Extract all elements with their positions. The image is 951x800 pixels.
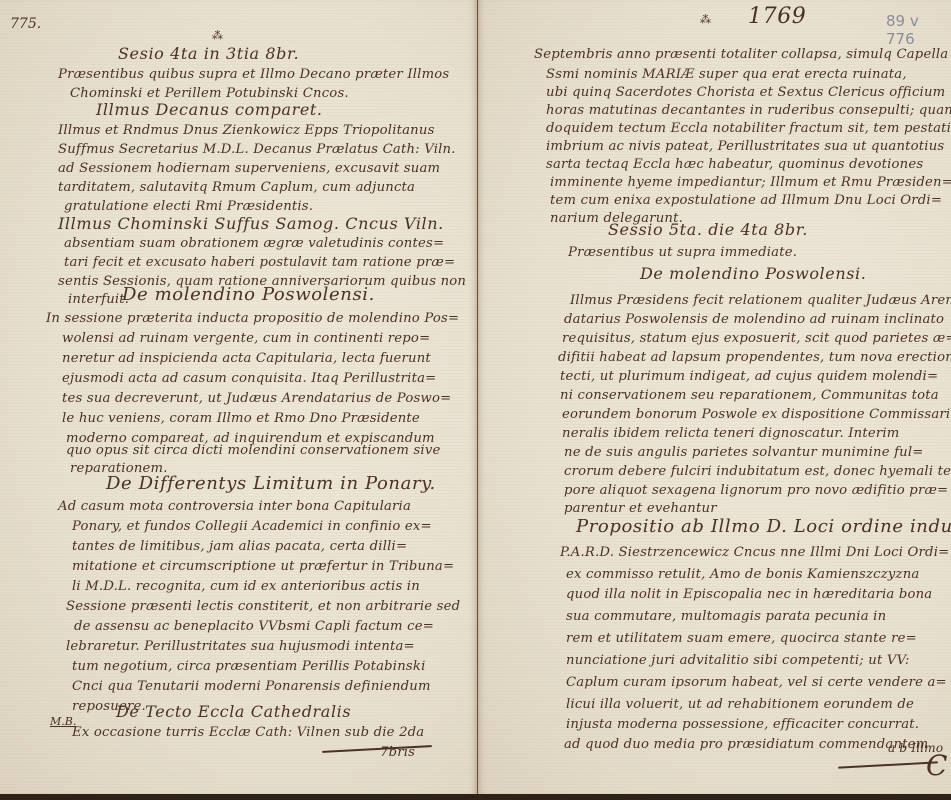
subheading-decanus: Illmus Decanus comparet. (96, 102, 323, 118)
text-line: In sessione præterita inducta propositio… (46, 312, 459, 325)
flourish-line (322, 745, 432, 753)
text-line: rem et utilitatem suam emere, quocirca s… (566, 632, 917, 645)
heading-limitum: De Differentys Limitum in Ponary. (106, 475, 436, 493)
text-line: Sessione præsenti lectis constiterit, et… (66, 600, 460, 613)
text-line: Ssmi nominis MARIÆ super qua erat erecta… (546, 68, 907, 81)
text-line: parentur et evehantur (564, 502, 717, 515)
text-line: neretur ad inspicienda acta Capitularia,… (62, 352, 431, 365)
session-heading: Sesio 4ta in 3tia 8br. (118, 46, 299, 62)
text-line: li M.D.L. recognita, cum id ex anteriori… (72, 580, 420, 593)
text-line: Septembris anno præsenti totaliter colla… (534, 48, 948, 61)
heading-propositio: Propositio ab Illmo D. Loci ordine induc… (576, 518, 951, 536)
corner-mark: C (926, 752, 948, 780)
right-page: ⁂ 1769 89 v 776 Septembris anno præsenti… (478, 0, 951, 794)
text-line: Cnci qua Tenutarii moderni Ponarensis de… (72, 680, 431, 693)
text-line: tarditatem, salutavitq Rmum Caplum, cum … (58, 181, 415, 194)
text-line: difitii habeat ad lapsum propendentes, t… (558, 351, 951, 364)
text-line: imminente hyeme impediantur; Illmum et R… (550, 176, 951, 189)
flourish-line (838, 761, 938, 768)
top-mark: ⁂ (700, 14, 711, 25)
text-line: ejusmodi acta ad casum conquisita. Itaq … (62, 372, 436, 385)
text-line: lebraretur. Perillustritates sua hujusmo… (66, 640, 415, 653)
text-line: Præsentibus quibus supra et Illmo Decano… (58, 68, 449, 81)
text-line: nunciatione juri advitalitio sibi compet… (566, 654, 910, 667)
text-line: tecti, ut plurimum indigeat, ad cujus qu… (560, 370, 938, 383)
text-line: licui illa voluerit, ut ad rehabitionem … (566, 698, 914, 711)
text-line: ex commisso retulit, Amo de bonis Kamien… (566, 568, 919, 581)
heading-tecto: De Tecto Eccla Cathedralis (116, 704, 351, 720)
text-line: Ponary, et fundos Collegii Academici in … (72, 520, 432, 533)
text-line: absentiam suam obrationem ægræ valetudin… (64, 237, 444, 250)
folio-number: 775. (10, 16, 41, 32)
text-line: P.A.R.D. Siestrzencewicz Cncus nne Illmi… (560, 546, 949, 559)
text-line: imbrium ac nivis pateat, Perillustritate… (546, 140, 944, 153)
book-edge (0, 794, 951, 800)
text-line: interfuit. (68, 293, 129, 306)
year-heading: 1769 (748, 6, 806, 28)
text-line: quod illa nolit in Episcopalia nec in hæ… (566, 588, 932, 601)
text-line: Illmus Præsidens fecit relationem qualit… (570, 294, 951, 307)
text-line: pore aliquot sexagena lignorum pro novo … (564, 484, 948, 497)
text-line: Chominski et Perillem Potubinski Cncos. (70, 87, 349, 100)
text-line: horas matutinas decantantes in ruderibus… (546, 104, 951, 117)
subheading-chominski: Illmus Chominski Suffus Samog. Cncus Vil… (58, 216, 444, 232)
text-line: doquidem tectum Eccla notabiliter fractu… (546, 122, 951, 135)
text-line: requisitus, statum ejus exposuerit, scit… (562, 332, 951, 345)
text-line: ubi quinq Sacerdotes Chorista et Sextus … (546, 86, 945, 99)
heading-molendino: De molendino Poswolensi. (640, 266, 866, 282)
present-line: Præsentibus ut supra immediate. (568, 246, 797, 259)
text-line: tantes de limitibus, jam alias pacata, c… (72, 540, 407, 553)
text-line: crorum debere fulciri indubitatum est, d… (564, 465, 951, 478)
text-line: sarta tectaq Eccla hæc habeatur, quominu… (546, 158, 923, 171)
manuscript-spread: 775. ⁂ Sesio 4ta in 3tia 8br. Præsentibu… (0, 0, 951, 794)
text-line: tari fecit et excusato haberi postulavit… (64, 256, 455, 269)
left-page: 775. ⁂ Sesio 4ta in 3tia 8br. Præsentibu… (0, 0, 478, 794)
text-line: de assensu ac beneplacito VVbsmi Capli f… (74, 620, 434, 633)
text-line: Ad casum mota controversia inter bona Ca… (58, 500, 411, 513)
text-line: datarius Poswolensis de molendino ad rui… (564, 313, 944, 326)
text-line: ne de suis angulis parietes solvantur mu… (564, 446, 924, 459)
text-line: neralis ibidem relicta teneri dignoscatu… (562, 427, 900, 440)
text-line: tes sua decreverunt, ut Judæus Arendatar… (62, 392, 451, 405)
text-line: tum negotium, circa præsentiam Perillis … (72, 660, 426, 673)
text-line: gratulatione electi Rmi Præsidentis. (64, 200, 313, 213)
text-line: le huc veniens, coram Illmo et Rmo Dno P… (62, 412, 420, 425)
pencil-folio: 89 v 776 (886, 12, 951, 48)
text-line: Ex occasione turris Ecclæ Cath: Vilnen s… (72, 726, 424, 739)
text-line: quo opus sit circa dicti molendini conse… (66, 444, 441, 457)
text-line: mitatione et circumscriptione ut præfert… (72, 560, 454, 573)
text-line: wolensi ad ruinam vergente, cum in conti… (62, 332, 430, 345)
text-line: ni conservationem seu reparationem, Comm… (560, 389, 939, 402)
heading-molendino: De molendino Poswolensi. (122, 286, 375, 304)
text-line: tem cum enixa expostulatione ad Illmum D… (550, 194, 942, 207)
text-line: ad Sessionem hodiernam superveniens, exc… (58, 162, 440, 175)
text-line: Illmus et Rndmus Dnus Zienkowicz Epps Tr… (58, 124, 435, 137)
text-line: Caplum curam ipsorum habeat, vel si cert… (566, 676, 947, 689)
text-line: injusta moderna possessione, efficaciter… (566, 718, 919, 731)
text-line: eorundem bonorum Poswole ex dispositione… (562, 408, 951, 421)
session-heading: Sessio 5ta. die 4ta 8br. (608, 222, 808, 238)
top-mark: ⁂ (212, 30, 223, 41)
text-line: ad quod duo media pro præsidiatum commen… (564, 738, 928, 751)
text-line: sua commutare, multomagis parata pecunia… (566, 610, 886, 623)
text-line: Suffmus Secretarius M.D.L. Decanus Præla… (58, 143, 456, 156)
